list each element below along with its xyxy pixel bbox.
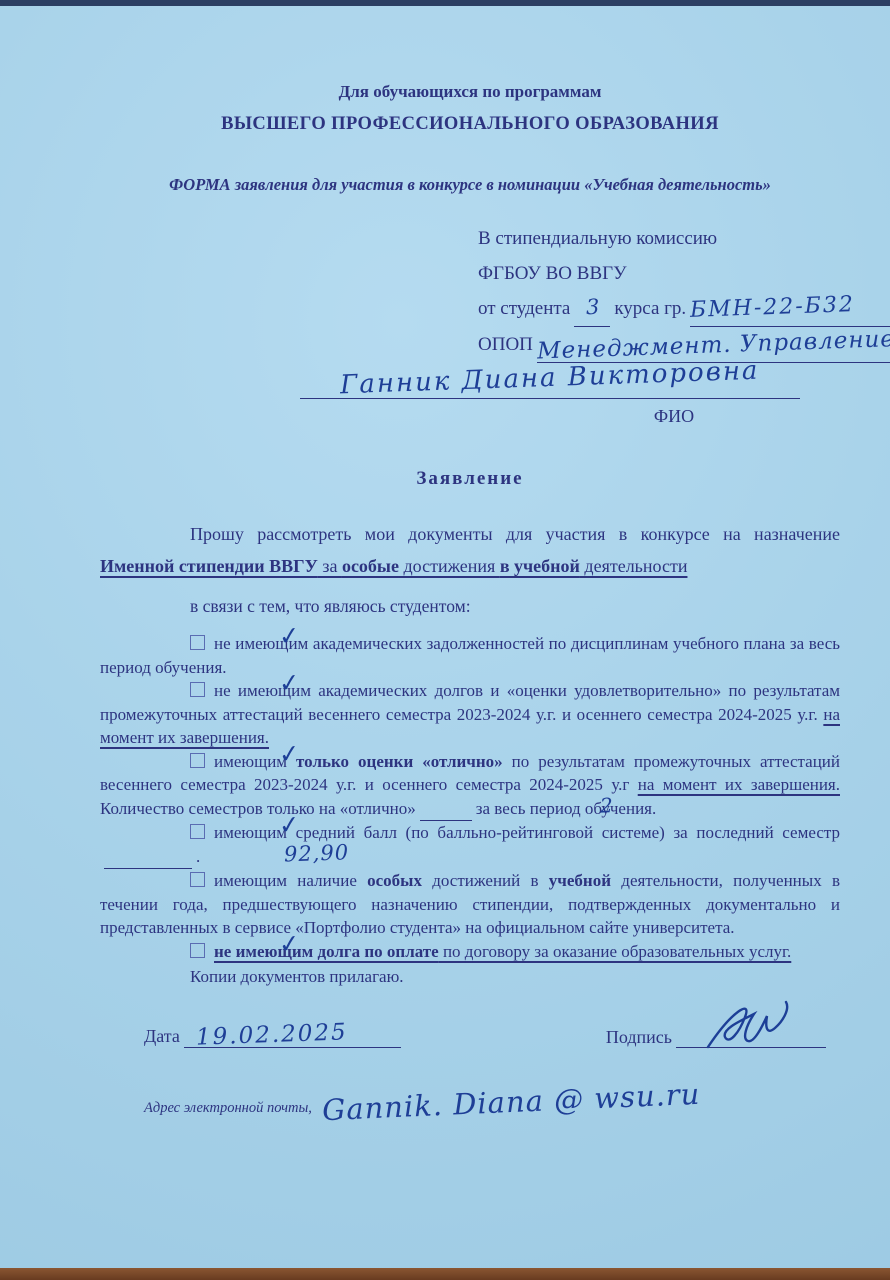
signature-stroke-icon — [698, 997, 808, 1055]
closing-line: Копии документов прилагаю. — [100, 965, 840, 989]
semesters-count-field[interactable]: 2 — [420, 797, 472, 822]
statement-item-6: ✓не имеющим долга по оплате по договору … — [100, 940, 840, 964]
intro-seg3-bold: особые — [342, 556, 399, 576]
photo-bottom-edge — [0, 1268, 890, 1280]
statement-item-4: ✓имеющим средний балл (по балльно-рейтин… — [100, 821, 840, 869]
from-student-label: от студента — [478, 298, 570, 319]
gpa-field[interactable]: 92,90 — [104, 845, 192, 870]
statement-6-underlined: по договору за оказание образовательных … — [439, 942, 792, 961]
checkbox-checked[interactable]: ✓ — [190, 753, 205, 768]
date-group: Дата19.02.2025 — [144, 1024, 405, 1048]
intro-paragraph-line2: Именной стипендии ВВГУ за особые достиже… — [100, 550, 840, 582]
form-subtitle-nomination: «Учебная деятельность» — [584, 175, 771, 194]
statement-item-2: ✓не имеющим академических долгов и «оцен… — [100, 679, 840, 750]
date-handwritten-value: 19.02.2025 — [196, 1021, 348, 1049]
statement-5-text2: достижений в — [422, 871, 549, 890]
header-line-2: ВЫСШЕГО ПРОФЕССИОНАЛЬНОГО ОБРАЗОВАНИЯ — [100, 114, 840, 135]
intro-paragraph-line1: Прошу рассмотреть мои документы для учас… — [100, 518, 840, 550]
fio-handwritten-value: Ганник Диана Викторовна — [340, 358, 760, 399]
group-field[interactable]: БМН-22-Б32 — [690, 291, 890, 327]
header-line-1: Для обучающихся по программам — [100, 82, 840, 102]
email-handwritten-value: Gannik. Diana @ wsu.ru — [321, 1079, 700, 1124]
signature-label: Подпись — [606, 1027, 672, 1047]
program-label: ОПОП — [478, 334, 533, 355]
email-label: Адрес электронной почты, — [144, 1100, 312, 1117]
form-subtitle-text: ФОРМА заявления для участия в конкурсе в… — [169, 175, 584, 194]
group-handwritten-value: БМН-22-Б32 — [690, 294, 856, 322]
intro-seg6: деятельности — [580, 556, 688, 576]
checkmark-icon: ✓ — [188, 622, 301, 658]
paper-sheet: Для обучающихся по программам ВЫСШЕГО ПР… — [0, 6, 890, 1268]
intro-seg5-bold: в учебной — [500, 556, 580, 576]
gpa-handwritten-value: 92,90 — [194, 842, 350, 868]
statement-4-text1: имеющим средний балл (по балльно-рейтинг… — [214, 823, 840, 842]
form-subtitle: ФОРМА заявления для участия в конкурсе в… — [100, 175, 840, 195]
statement-item-5: имеющим наличие особых достижений в учеб… — [100, 869, 840, 940]
addressee-committee: В стипендиальную комиссию — [478, 221, 870, 256]
intro-seg4: достижения — [399, 556, 500, 576]
photo-top-edge — [0, 0, 890, 6]
signature-field[interactable] — [676, 1021, 826, 1048]
checkbox-checked[interactable]: ✓ — [190, 682, 205, 697]
signature-group: Подпись — [606, 1021, 826, 1048]
date-label: Дата — [144, 1026, 180, 1046]
statement-item-3: ✓имеющим только оценки «отлично» по резу… — [100, 750, 840, 822]
email-row: Адрес электронной почты, Gannik. Diana @… — [144, 1088, 840, 1117]
statement-5-bold2: учебной — [549, 871, 611, 890]
statement-3-underlined: на момент их завершения. — [638, 775, 840, 794]
course-suffix-label: курса гр. — [614, 298, 686, 319]
statement-list: ✓не имеющим академических задолженностей… — [100, 632, 840, 963]
because-line: в связи с тем, что являюсь студентом: — [100, 592, 840, 620]
fio-label: ФИО — [478, 399, 870, 434]
intro-seg2: за — [318, 556, 342, 576]
document-title: Заявление — [100, 468, 840, 490]
statement-item-1: ✓не имеющим академических задолженностей… — [100, 632, 840, 679]
student-course-line: от студента3курса гр.БМН-22-Б32 — [478, 291, 870, 327]
statement-5-bold1: особых — [367, 871, 422, 890]
addressee-block: В стипендиальную комиссию ФГБОУ ВО ВВГУ … — [478, 221, 870, 434]
intro-scholarship-name: Именной стипендии ВВГУ — [100, 556, 318, 576]
semesters-handwritten-value: 2 — [509, 795, 612, 819]
addressee-university: ФГБОУ ВО ВВГУ — [478, 256, 870, 291]
date-field[interactable]: 19.02.2025 — [184, 1024, 401, 1048]
checkbox-checked[interactable]: ✓ — [190, 943, 205, 958]
checkbox-unchecked[interactable] — [190, 872, 205, 887]
checkbox-checked[interactable]: ✓ — [190, 635, 205, 650]
fio-field[interactable]: Ганник Диана Викторовна — [300, 363, 800, 399]
program-line: ОПОПМенеджмент. Управление бизнесом — [478, 327, 870, 363]
course-handwritten-value: 3 — [585, 297, 599, 318]
checkbox-checked[interactable]: ✓ — [190, 824, 205, 839]
course-field[interactable]: 3 — [574, 291, 610, 327]
date-signature-row: Дата19.02.2025 Подпись — [144, 1021, 840, 1048]
statement-3-bold: только оценки «отлично» — [296, 752, 503, 771]
statement-5-text1: имеющим наличие — [214, 871, 367, 890]
